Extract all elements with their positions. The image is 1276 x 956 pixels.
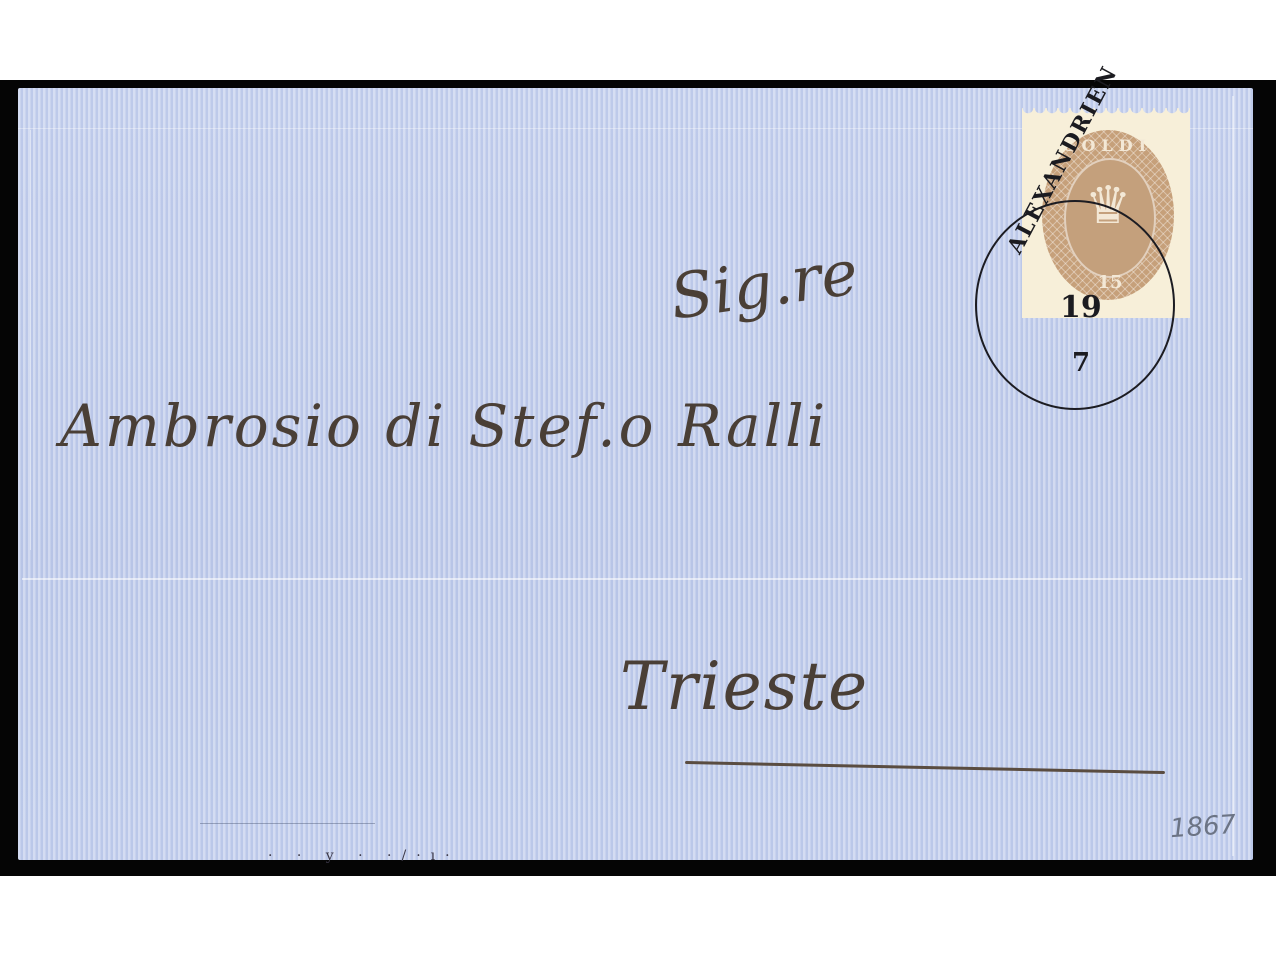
right-fold	[1232, 96, 1234, 856]
postmark-day: 19	[1060, 290, 1102, 325]
pencil-year-note: 1867	[1169, 810, 1237, 845]
left-fold	[20, 130, 31, 550]
middle-fold-crease	[22, 578, 1242, 580]
city-handwriting: Trieste	[620, 648, 869, 725]
faint-ruled-line	[200, 823, 375, 824]
postmark-month: 7	[1072, 348, 1090, 378]
bottom-ink-marks: · · y · ·/·ı·	[268, 848, 460, 864]
recipient-handwriting: Ambrosio di Stef.o Ralli	[60, 392, 828, 460]
